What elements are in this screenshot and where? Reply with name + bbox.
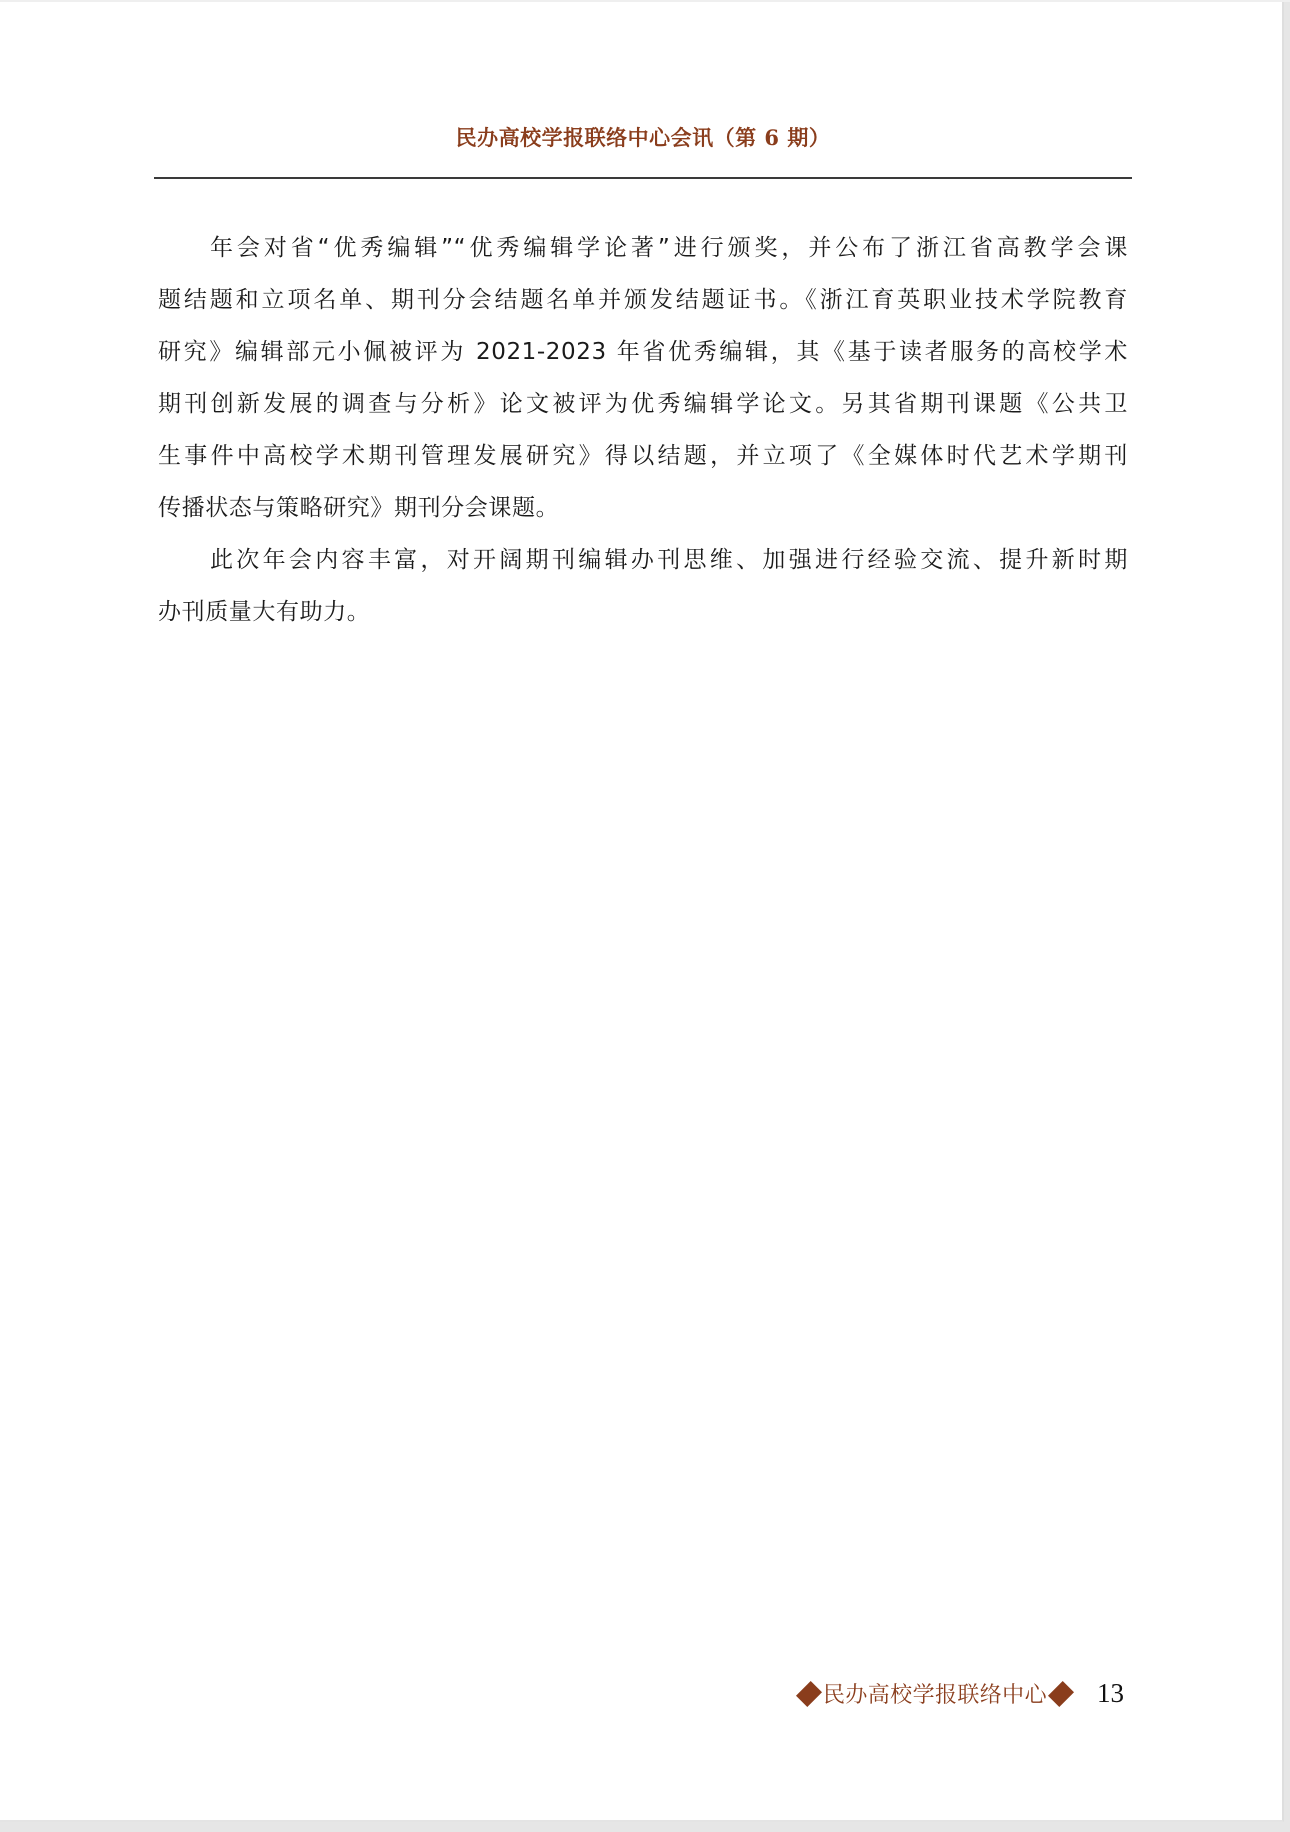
paragraph-2: 此次年会内容丰富，对开阔期刊编辑办刊思维、加强进行经验交流、提升新时期 办刊质量…	[158, 534, 1128, 638]
text-line: 办刊质量大有助力。	[158, 586, 1128, 638]
text-line: 此次年会内容丰富，对开阔期刊编辑办刊思维、加强进行经验交流、提升新时期	[158, 534, 1128, 586]
paragraph-1: 年会对省“优秀编辑”“优秀编辑学论著”进行颁奖，并公布了浙江省高教学会课 题结题…	[158, 222, 1128, 534]
text-line: 生事件中高校学术期刊管理发展研究》得以结题，并立项了《全媒体时代艺术学期刊	[158, 430, 1128, 482]
text-line: 期刊创新发展的调查与分析》论文被评为优秀编辑学论文。另其省期刊课题《公共卫	[158, 378, 1128, 430]
diamond-icon	[796, 1680, 822, 1706]
footer-text: 民办高校学报联络中心	[823, 1678, 1047, 1709]
page-number: 13	[1097, 1678, 1124, 1709]
text-line: 年会对省“优秀编辑”“优秀编辑学论著”进行颁奖，并公布了浙江省高教学会课	[158, 222, 1128, 274]
running-header-title: 民办高校学报联络中心会讯（第 6 期）	[154, 122, 1132, 152]
text-line: 传播状态与策略研究》期刊分会课题。	[158, 482, 1128, 534]
text-line: 题结题和立项名单、期刊分会结题名单并颁发结题证书。《浙江育英职业技术学院教育	[158, 274, 1128, 326]
page-footer: 民办高校学报联络中心 13	[795, 1678, 1124, 1709]
footer-label: 民办高校学报联络中心	[795, 1678, 1075, 1709]
document-page: 民办高校学报联络中心会讯（第 6 期） 年会对省“优秀编辑”“优秀编辑学论著”进…	[0, 2, 1284, 1822]
article-body: 年会对省“优秀编辑”“优秀编辑学论著”进行颁奖，并公布了浙江省高教学会课 题结题…	[158, 222, 1128, 638]
diamond-icon	[1048, 1680, 1074, 1706]
header-divider	[154, 177, 1132, 179]
text-line: 研究》编辑部元小佩被评为 2021-2023 年省优秀编辑，其《基于读者服务的高…	[158, 326, 1128, 378]
